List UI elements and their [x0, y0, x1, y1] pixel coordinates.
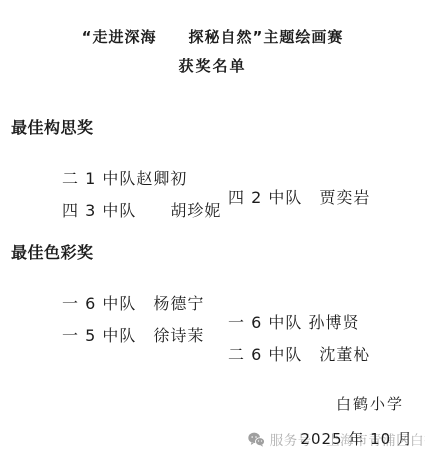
wechat-service-account-icon: [219, 432, 265, 447]
school-signature: 白鹤小学: [336, 393, 404, 414]
page-subtitle: 获奖名单: [0, 55, 425, 76]
award-row: 二 1 中队赵卿初 四 2 中队 贾奕岩: [0, 147, 425, 169]
winner-entry: 二 6 中队 沈董杺: [228, 342, 370, 365]
page-title: “走进深海 探秘自然”主题绘画赛: [0, 26, 425, 47]
award-row: 四 3 中队 胡珍妮: [0, 179, 425, 201]
award-row: 一 5 中队 徐诗茉 二 6 中队 沈董杺: [0, 304, 425, 326]
date-text: 2025 年 10 月: [300, 428, 413, 449]
winner-entry: 四 3 中队 胡珍妮: [62, 198, 221, 221]
award-row: 一 6 中队 杨德宁 一 6 中队 孙博贤: [0, 272, 425, 294]
award-document: “走进深海 探秘自然”主题绘画赛 获奖名单 最佳构思奖 二 1 中队赵卿初 四 …: [0, 0, 425, 455]
winner-entry: 一 5 中队 徐诗茉: [62, 323, 204, 346]
section-heading-best-color: 最佳色彩奖: [11, 240, 94, 263]
section-heading-best-concept: 最佳构思奖: [11, 115, 94, 138]
